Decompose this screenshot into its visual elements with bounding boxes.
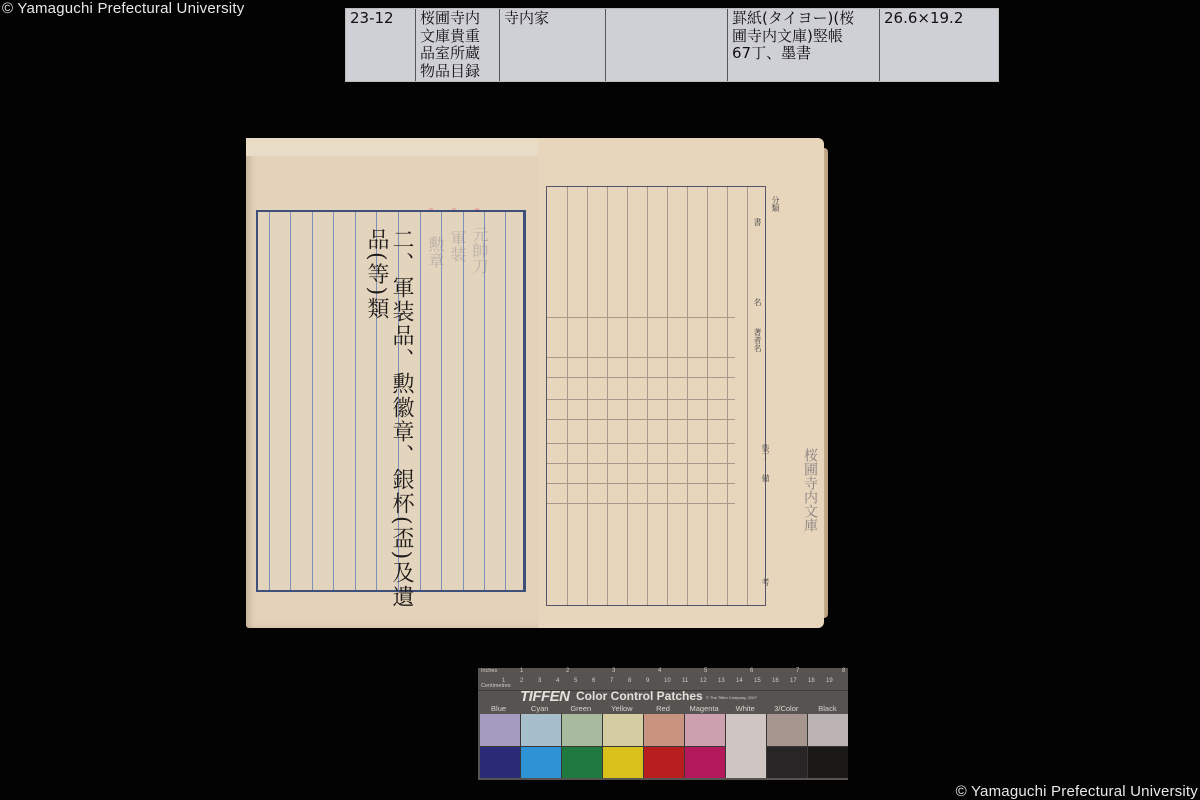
ruler-cm-label: Centimetres bbox=[481, 683, 511, 689]
patch-label-green: Green bbox=[560, 704, 601, 713]
cm-mark: 10 bbox=[664, 678, 671, 684]
patch-green-bottom bbox=[562, 747, 602, 779]
patch-white-top bbox=[726, 714, 766, 778]
copyright-bottom: © Yamaguchi Prefectural University bbox=[956, 783, 1198, 800]
cm-mark: 11 bbox=[682, 678, 688, 684]
form-label: 書 bbox=[752, 218, 763, 226]
inch-mark: 6 bbox=[750, 668, 753, 674]
cm-mark: 7 bbox=[610, 678, 613, 684]
form-label: 名 bbox=[752, 298, 763, 306]
inch-mark: 7 bbox=[796, 668, 799, 674]
inch-mark: 8 bbox=[842, 668, 845, 674]
copyright-top: © Yamaguchi Prefectural University bbox=[2, 0, 244, 17]
cm-mark: 3 bbox=[538, 678, 541, 684]
patch-yellow-bottom bbox=[603, 747, 643, 779]
patch-labels: Blue Cyan Green Yellow Red Magenta White… bbox=[478, 704, 848, 713]
patch-label-red: Red bbox=[642, 704, 683, 713]
patch-cyan-top bbox=[521, 714, 561, 746]
inch-mark: 1 bbox=[520, 668, 523, 674]
chart-copyright: © The Tiffen Company, 2007 bbox=[706, 695, 757, 700]
patch-3color-bottom bbox=[767, 747, 807, 779]
cm-mark: 8 bbox=[628, 678, 631, 684]
tiffen-logo: TIFFEN bbox=[520, 688, 570, 705]
cm-mark: 5 bbox=[574, 678, 577, 684]
cm-mark: 13 bbox=[718, 678, 725, 684]
patch-magenta-bottom bbox=[685, 747, 725, 779]
patch-red-top bbox=[644, 714, 684, 746]
catalog-label: 23-12 桜圃寺内 文庫貴重 品室所蔵 物品目録 寺内家 罫紙(タイヨー)(桜… bbox=[345, 8, 999, 82]
form-label: 分類 bbox=[770, 196, 781, 212]
cm-mark: 19 bbox=[826, 678, 833, 684]
cm-mark: 2 bbox=[520, 678, 523, 684]
cm-mark: 16 bbox=[772, 678, 779, 684]
form-label: 装丁 bbox=[760, 444, 771, 460]
patch-label-yellow: Yellow bbox=[601, 704, 642, 713]
handwritten-entry: 二、軍装品、勲徽章、銀杯(盃)及遺品(等)類 bbox=[388, 228, 414, 628]
label-format: 罫紙(タイヨー)(桜 圃寺内文庫)竪帳 67丁、墨書 bbox=[728, 9, 880, 81]
patch-label-white: White bbox=[725, 704, 766, 713]
patch-red-bottom bbox=[644, 747, 684, 779]
cm-mark: 18 bbox=[808, 678, 815, 684]
ruler-inches-label: Inches bbox=[481, 668, 497, 674]
cm-mark: 17 bbox=[790, 678, 797, 684]
form-grid bbox=[546, 186, 766, 606]
patch-black-bottom bbox=[808, 747, 848, 779]
patch-3color-top bbox=[767, 714, 807, 746]
patch-blue-top bbox=[480, 714, 520, 746]
patch-yellow-top bbox=[603, 714, 643, 746]
patch-label-3color: 3/Color bbox=[766, 704, 807, 713]
patch-label-cyan: Cyan bbox=[519, 704, 560, 713]
left-page-top-band bbox=[246, 138, 538, 156]
patch-label-magenta: Magenta bbox=[684, 704, 725, 713]
label-size: 26.6×19.2 bbox=[880, 9, 998, 81]
form-label: 著者名 bbox=[752, 328, 763, 352]
label-number: 23-12 bbox=[346, 9, 416, 81]
patch-label-blue: Blue bbox=[478, 704, 519, 713]
patch-green-top bbox=[562, 714, 602, 746]
cm-mark: 14 bbox=[736, 678, 743, 684]
form-label: 考 bbox=[760, 578, 771, 586]
chart-title: Color Control Patches bbox=[576, 689, 703, 703]
cm-mark: 9 bbox=[646, 678, 649, 684]
cm-mark: 1 bbox=[502, 678, 505, 684]
patch-cyan-bottom bbox=[521, 747, 561, 779]
color-patches bbox=[480, 714, 848, 778]
inch-mark: 4 bbox=[658, 668, 661, 674]
faint-text: 勲章 bbox=[424, 236, 447, 268]
inch-mark: 5 bbox=[704, 668, 707, 674]
faint-text: 軍装 bbox=[446, 230, 469, 262]
label-creator: 寺内家 bbox=[500, 9, 606, 81]
faint-text: 元帥刀 bbox=[468, 226, 491, 274]
label-date bbox=[606, 9, 728, 81]
open-book: 元帥刀 軍装 勲章 二、軍装品、勲徽章、銀杯(盃)及遺品(等)類 書 bbox=[246, 138, 824, 628]
patch-black-top bbox=[808, 714, 848, 746]
spine-stamp: 桜圃寺内文庫 bbox=[800, 448, 820, 532]
patch-label-black: Black bbox=[807, 704, 848, 713]
right-page: 書 名 著者名 分類 装丁 備 考 桜圃寺内文庫 bbox=[538, 138, 824, 628]
inch-mark: 3 bbox=[612, 668, 615, 674]
left-page: 元帥刀 軍装 勲章 二、軍装品、勲徽章、銀杯(盃)及遺品(等)類 bbox=[246, 138, 538, 628]
form-label: 備 bbox=[760, 474, 771, 482]
cm-mark: 4 bbox=[556, 678, 559, 684]
inch-mark: 2 bbox=[566, 668, 569, 674]
label-title: 桜圃寺内 文庫貴重 品室所蔵 物品目録 bbox=[416, 9, 500, 81]
color-control-chart: Inches Centimetres 1 2 3 4 5 6 7 8 1 2 3… bbox=[478, 668, 848, 780]
patch-magenta-top bbox=[685, 714, 725, 746]
patch-blue-bottom bbox=[480, 747, 520, 779]
cm-mark: 12 bbox=[700, 678, 707, 684]
cm-mark: 15 bbox=[754, 678, 761, 684]
cm-mark: 6 bbox=[592, 678, 595, 684]
